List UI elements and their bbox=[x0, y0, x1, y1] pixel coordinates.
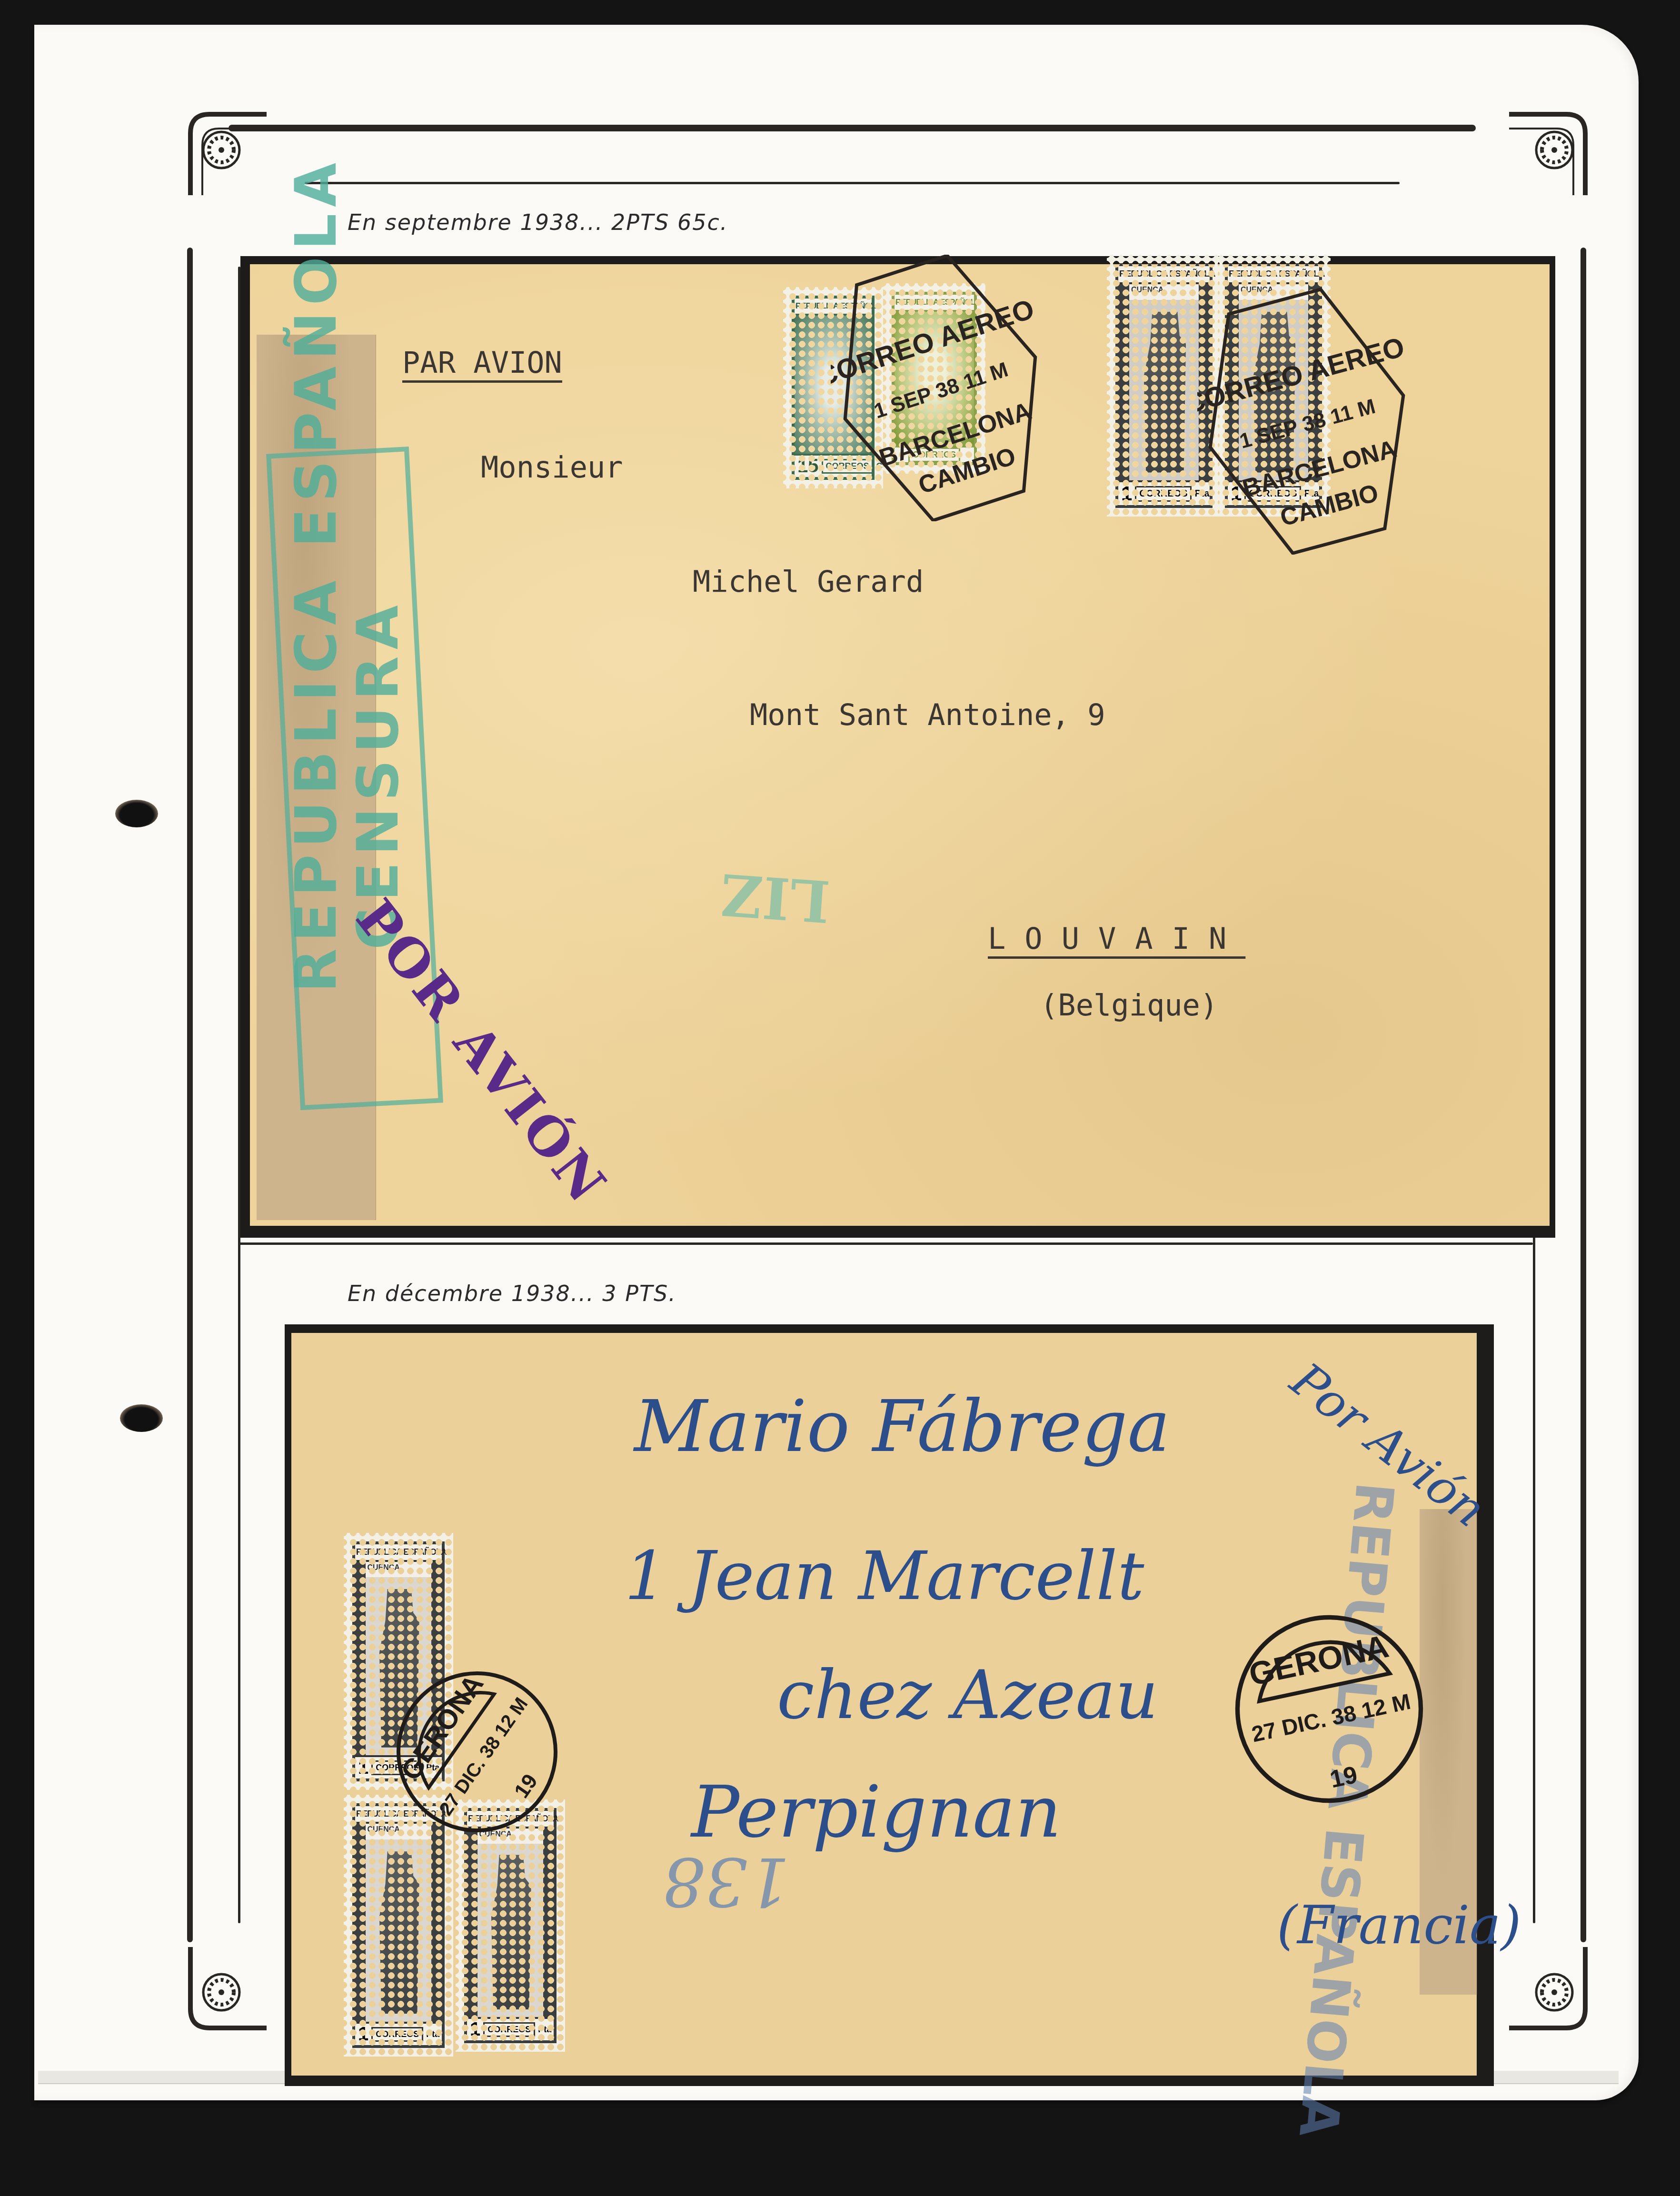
frame-left-rule bbox=[187, 248, 193, 1942]
censor-stamp-line-2: CENSURA bbox=[345, 598, 411, 950]
svg-text:19: 19 bbox=[510, 1770, 542, 1802]
ornament-corner-bottom-left-icon bbox=[176, 1942, 271, 2037]
address-street: 1 Jean Marcellt bbox=[625, 1538, 1144, 1615]
stamp-unit: Pta bbox=[423, 2029, 442, 2039]
stamp-header: REPUBLICA ESPAÑOLA bbox=[1228, 266, 1319, 284]
number-note: 138 bbox=[663, 1842, 790, 1920]
cover-1-caption: En septembre 1938... 2PTS 65c. bbox=[348, 209, 728, 235]
frame-top-inner-rule bbox=[305, 182, 1400, 184]
postmark-gerona-1: GERONA 27 DIC. 38 12 M 19 bbox=[391, 1666, 563, 1838]
par-avion-label: PAR AVION bbox=[402, 345, 562, 380]
frame-top-rule bbox=[229, 125, 1476, 131]
frame-middle-rule bbox=[238, 1242, 1533, 1245]
binder-hole-top bbox=[115, 800, 158, 827]
censor-stamp-line: REPUBLICA ESPAÑOLA bbox=[1287, 1480, 1405, 2140]
stamp-label: CORREOS bbox=[483, 2022, 535, 2037]
stamp-subject: CUENCA bbox=[367, 1564, 399, 1572]
stamp-cuenca-image: CUENCA bbox=[355, 1824, 442, 2022]
stamp-unit: Pta bbox=[535, 2025, 554, 2035]
ornament-corner-top-left-icon bbox=[176, 105, 271, 200]
cover-2-envelope: REPUBLICA ESPAÑOLA Mario Fábrega 1 Jean … bbox=[291, 1333, 1477, 2076]
address-salutation: Monsieur bbox=[481, 450, 623, 485]
svg-text:19: 19 bbox=[1327, 1761, 1360, 1793]
address-country: (Belgique) bbox=[1040, 988, 1218, 1023]
postmark-hex-correo-aereo-2: CORREO AEREO 1 SEP 38 11 M BARCELONA CAM… bbox=[1197, 288, 1416, 555]
stamp-header: REPUBLICA ESPAÑOLA bbox=[1118, 266, 1210, 284]
address-country: (Francia) bbox=[1277, 1895, 1521, 1956]
ornament-corner-bottom-right-icon bbox=[1504, 1942, 1600, 2037]
stamp-label: CORREOS bbox=[371, 2027, 423, 2042]
censor-stamp-line-1: REPUBLICA ESPAÑOLA bbox=[283, 156, 349, 993]
stamp-header: REPUBLICA ESPAÑOLA bbox=[355, 1544, 442, 1562]
stamp-cuenca-image: CUENCA bbox=[1118, 284, 1210, 480]
stamp-value: 1 bbox=[1118, 482, 1135, 505]
frame-right-rule bbox=[1581, 248, 1586, 1942]
stamp-value: 15 bbox=[795, 456, 822, 477]
stamp-value: 1 bbox=[355, 1757, 371, 1779]
cover-2-caption: En décembre 1938... 3 PTS. bbox=[348, 1281, 676, 1306]
stamp-value: 1 bbox=[467, 2019, 483, 2040]
address-name: Michel Gerard bbox=[693, 564, 924, 599]
address-city: Perpignan bbox=[691, 1771, 1061, 1854]
address-street: Mont Sant Antoine, 9 bbox=[750, 697, 1105, 732]
binder-hole-bottom bbox=[120, 1404, 163, 1432]
svg-text:CORREO AEREO: CORREO AEREO bbox=[1197, 331, 1408, 420]
stamp-label: CORREOS bbox=[1135, 486, 1192, 502]
ornament-corner-top-right-icon bbox=[1504, 105, 1600, 200]
address-city: LOUVAIN bbox=[988, 921, 1245, 956]
postmark-hex-correo-aereo-1: CORREO AEREO 1 SEP 38 11 M BARCELONA CAM… bbox=[831, 255, 1050, 521]
stamp-value: 1 bbox=[355, 2024, 371, 2045]
address-name: Mario Fábrega bbox=[634, 1385, 1170, 1468]
address-care-of: chez Azeau bbox=[777, 1657, 1158, 1734]
liz-marking: LIZ bbox=[719, 860, 832, 935]
postmark-gerona-2: GERONA 27 DIC. 38 12 M 19 bbox=[1229, 1609, 1429, 1809]
stamp-cuenca-image: CUENCA bbox=[467, 1828, 554, 2017]
cover-1-envelope: REPUBLICA ESPAÑOLA CENSURA PAR AVION Mon… bbox=[250, 264, 1550, 1226]
stamp-subject: CUENCA bbox=[1131, 286, 1163, 295]
